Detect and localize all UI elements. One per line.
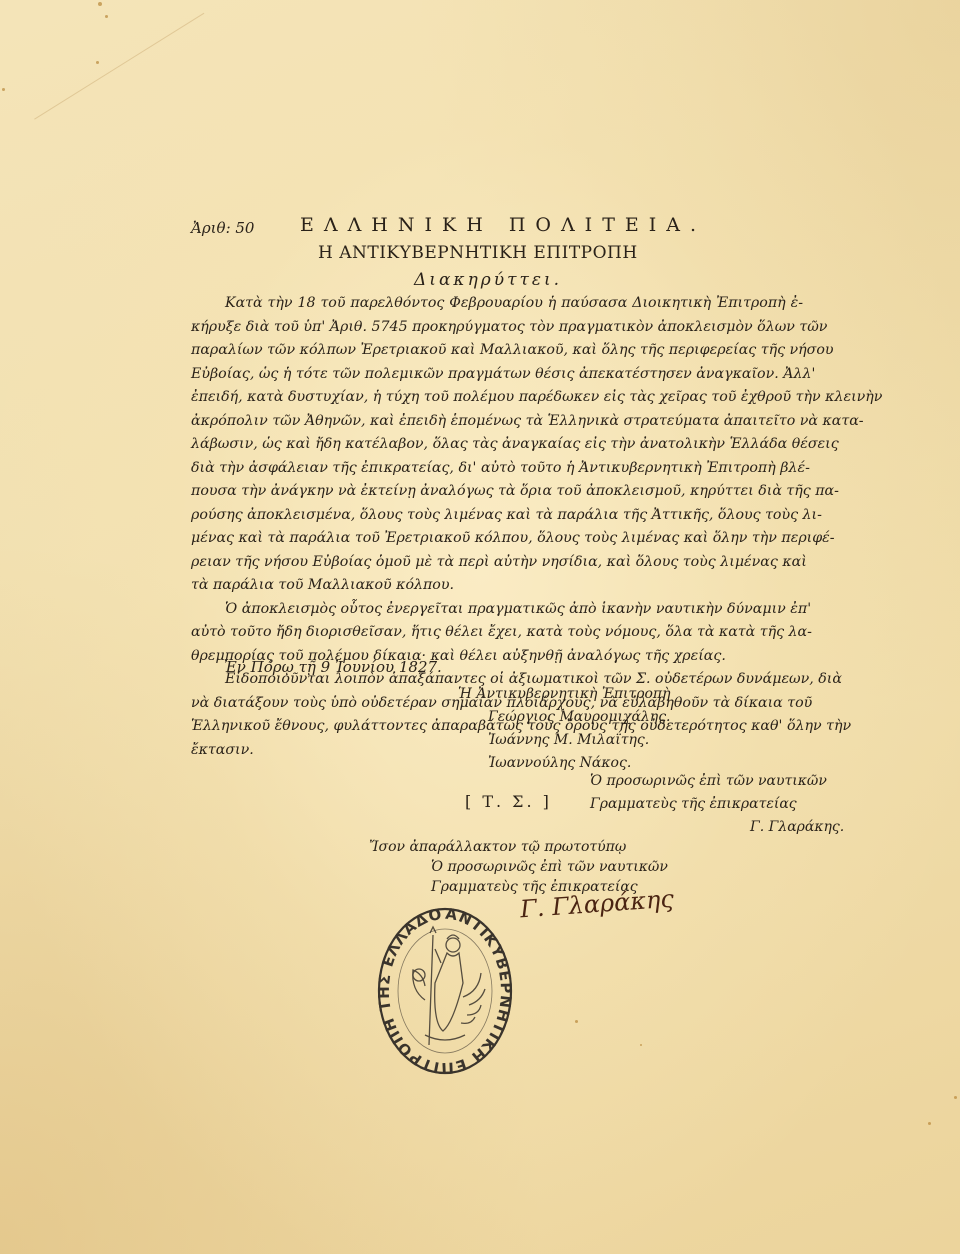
- paper-fold: [0, 0, 204, 120]
- secretary-signature-block: Ὁ προσωρινῶς ἐπὶ τῶν ναυτικῶν Γραμματεὺς…: [590, 770, 844, 839]
- committee-member: Ἰωάννης Μ. Μιλαΐτης.: [458, 729, 671, 752]
- body-line: τὰ παράλια τοῦ Μαλλιακοῦ κόλπου.: [191, 574, 803, 598]
- certified-copy-line1: Ἴσον ἀπαράλλακτον τῷ πρωτοτύπῳ: [369, 837, 668, 857]
- foxing-spot: [98, 2, 102, 6]
- document-number: Ἀριθ: 50: [191, 219, 254, 237]
- athena-figure-icon: ΑΝΤΙΚΥΒΕΡΝΗΤΙΚΗ ΕΠΙΤΡΟΠΗ ΤΗΣ ΕΛΛΑΔΟΣ: [375, 905, 515, 1077]
- body-line: Κατὰ τὴν 18 τοῦ παρελθόντος Φεβρουαρίου …: [191, 292, 803, 316]
- secretary-name: Γ. Γλαράκης.: [590, 816, 844, 839]
- body-line: λάβωσιν, ὡς καὶ ἤδη κατέλαβον, ὅλας τὰς …: [191, 433, 803, 457]
- body-line: αὐτὸ τοῦτο ἤδη διορισθεῖσαν, ἥτις θέλει …: [191, 621, 803, 645]
- body-line: μένας καὶ τὰ παράλια τοῦ Ἐρετριακοῦ κόλπ…: [191, 527, 803, 551]
- foxing-spot: [2, 88, 5, 91]
- body-line: κήρυξε διὰ τοῦ ὑπ' Ἀριθ. 5745 προκηρύγμα…: [191, 316, 803, 340]
- certified-copy-line2: Ὁ προσωρινῶς ἐπὶ τῶν ναυτικῶν: [369, 857, 668, 877]
- foxing-spot: [96, 61, 99, 64]
- body-line: Ὁ ἀποκλεισμὸς οὗτος ἐνεργεῖται πραγματικ…: [191, 598, 803, 622]
- body-line: παραλίων τῶν κόλπων Ἐρετριακοῦ καὶ Μαλλι…: [191, 339, 803, 363]
- official-stamp: ΑΝΤΙΚΥΒΕΡΝΗΤΙΚΗ ΕΠΙΤΡΟΠΗ ΤΗΣ ΕΛΛΑΔΟΣ: [375, 905, 515, 1077]
- page-title: ΕΛΛΗΝΙΚΗ ΠΟΛΙΤΕΙΑ.: [300, 214, 706, 236]
- body-line: Εὐβοίας, ὡς ἡ τότε τῶν πολεμικῶν πραγμάτ…: [191, 363, 803, 387]
- secretary-title-line2: Γραμματεὺς τῆς ἐπικρατείας: [590, 793, 844, 816]
- foxing-spot: [575, 1020, 578, 1023]
- foxing-spot: [105, 15, 108, 18]
- body-line: πουσα τὴν ἀνάγκην νὰ ἐκτείνῃ ἀναλόγως τὰ…: [191, 480, 803, 504]
- committee-heading: Ἡ Ἀντικυβερνητικὴ Ἐπιτροπὴ: [458, 683, 671, 706]
- body-line: ρειαν τῆς νήσου Εὐβοίας ὁμοῦ μὲ τὰ περὶ …: [191, 551, 803, 575]
- proclamation-heading: Διακηρύττει.: [414, 270, 562, 290]
- secretary-title-line1: Ὁ προσωρινῶς ἐπὶ τῶν ναυτικῶν: [590, 770, 844, 793]
- date-place-line: Ἐν Πόρῳ τῇ 9 Ἰουνίου 1827.: [224, 658, 442, 676]
- body-line: ρούσης ἀποκλεισμένα, ὅλους τοὺς λιμένας …: [191, 504, 803, 528]
- issuer-heading: Η ΑΝΤΙΚΥΒΕΡΝΗΤΙΚΗ ΕΠΙΤΡΟΠΗ: [318, 243, 638, 263]
- foxing-spot: [928, 1122, 931, 1125]
- svg-text:ΑΝΤΙΚΥΒΕΡΝΗΤΙΚΗ ΕΠΙΤΡΟΠΗ ΤΗΣ Ε: ΑΝΤΙΚΥΒΕΡΝΗΤΙΚΗ ΕΠΙΤΡΟΠΗ ΤΗΣ ΕΛΛΑΔΟΣ: [375, 905, 515, 1077]
- committee-signatories: Ἡ Ἀντικυβερνητικὴ Ἐπιτροπὴ Γεώργιος Μαυρ…: [458, 683, 671, 775]
- body-line: διὰ τὴν ἀσφάλειαν τῆς ἐπικρατείας, δι' α…: [191, 457, 803, 481]
- body-line: ἀκρόπολιν τῶν Ἀθηνῶν, καὶ ἐπειδὴ ἑπομένω…: [191, 410, 803, 434]
- body-line: ἐπειδή, κατὰ δυστυχίαν, ἡ τύχη τοῦ πολέμ…: [191, 386, 803, 410]
- committee-member: Γεώργιος Μαυρομιχάλης.: [458, 706, 671, 729]
- foxing-spot: [640, 1044, 642, 1046]
- seal-placeholder-mark: [ Τ. Σ. ]: [465, 792, 552, 811]
- foxing-spot: [954, 1096, 957, 1099]
